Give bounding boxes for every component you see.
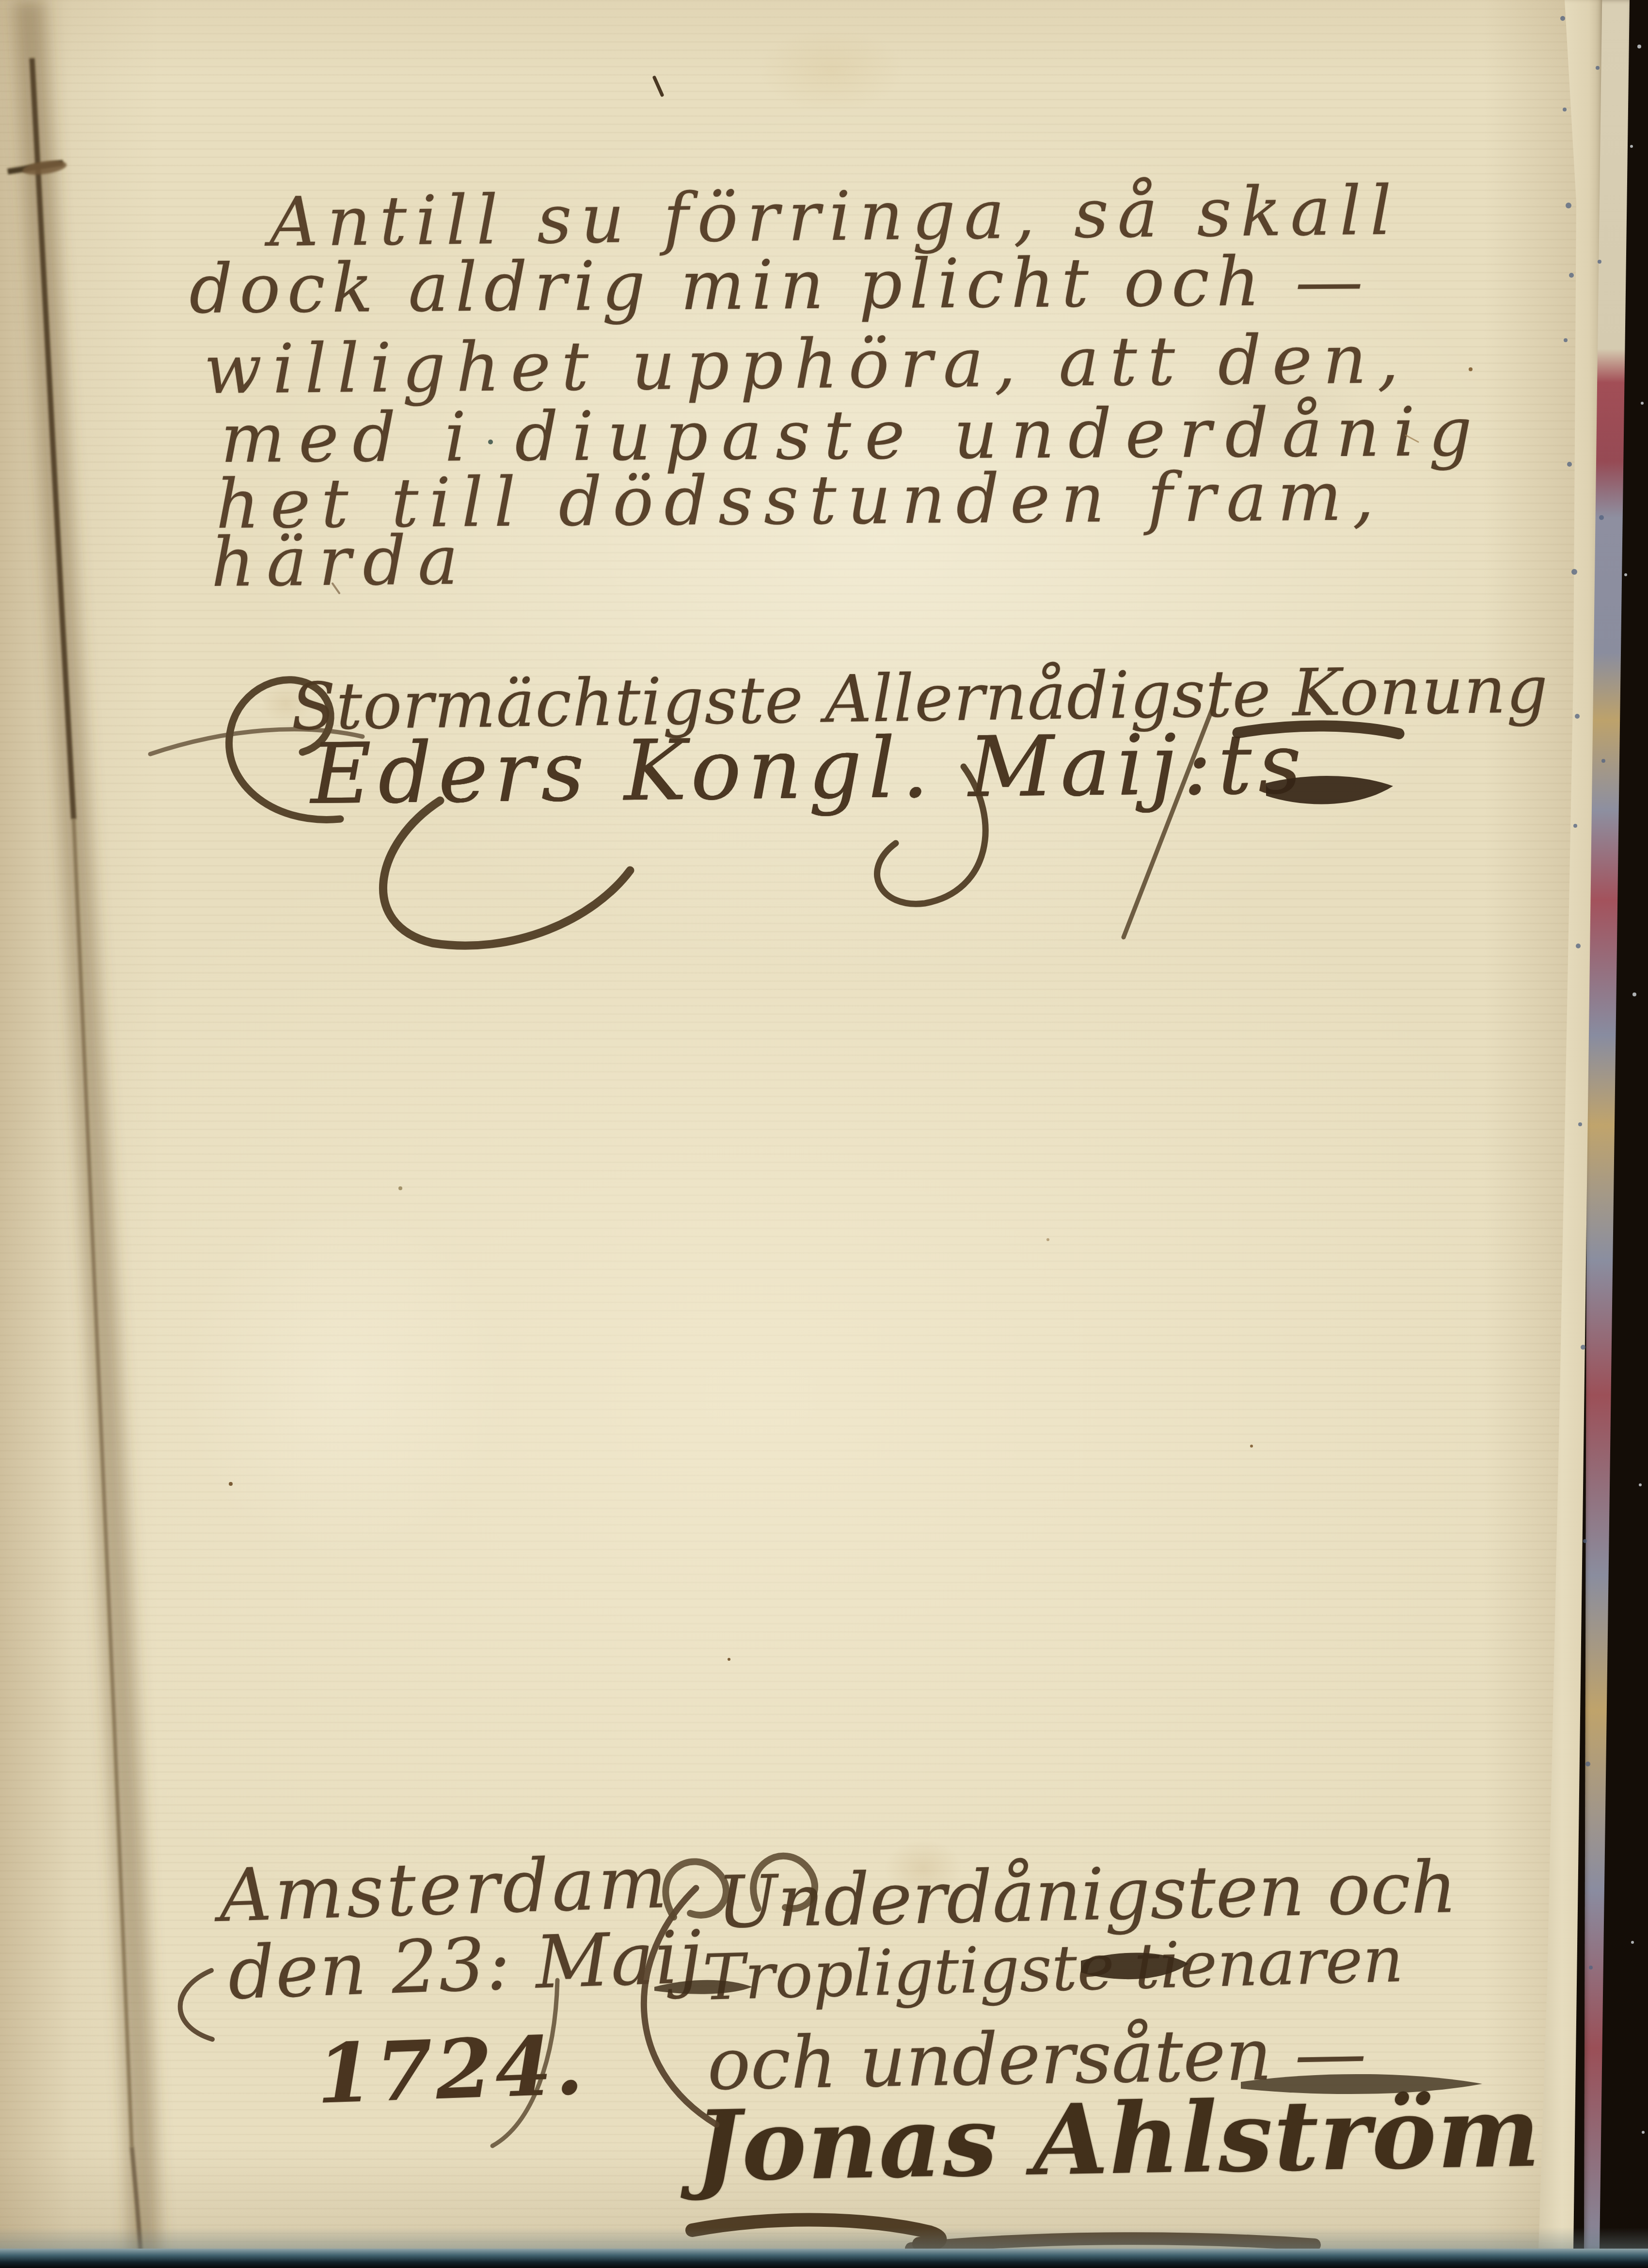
paper-highlight (126, 1139, 562, 1623)
scanner-edge-fade (0, 2227, 1648, 2249)
manuscript-page: Antill su förringa, så skall dock aldrig… (0, 0, 1580, 2251)
salutation-line-2: Eders Kongl. Maij:ts (310, 722, 1308, 816)
scan-dust-specks (1624, 45, 1645, 2134)
manuscript-scan: Antill su förringa, så skall dock aldrig… (0, 0, 1648, 2268)
body-line-2: dock aldrig min plicht och — (189, 248, 1370, 324)
scanner-edge-strip (0, 2249, 1648, 2268)
body-line-3: willighet upphöra, att den, (204, 326, 1410, 404)
body-line-6: härda (211, 527, 470, 597)
signature: Jonas Ahlström (694, 2084, 1541, 2195)
dateline-year: 1724. (315, 2024, 587, 2115)
dateline-day: den 23: Maij (227, 1921, 704, 2010)
paper-stain (727, 10, 935, 131)
closing-line-2: Tropligtigste tienaren (702, 1928, 1404, 2009)
